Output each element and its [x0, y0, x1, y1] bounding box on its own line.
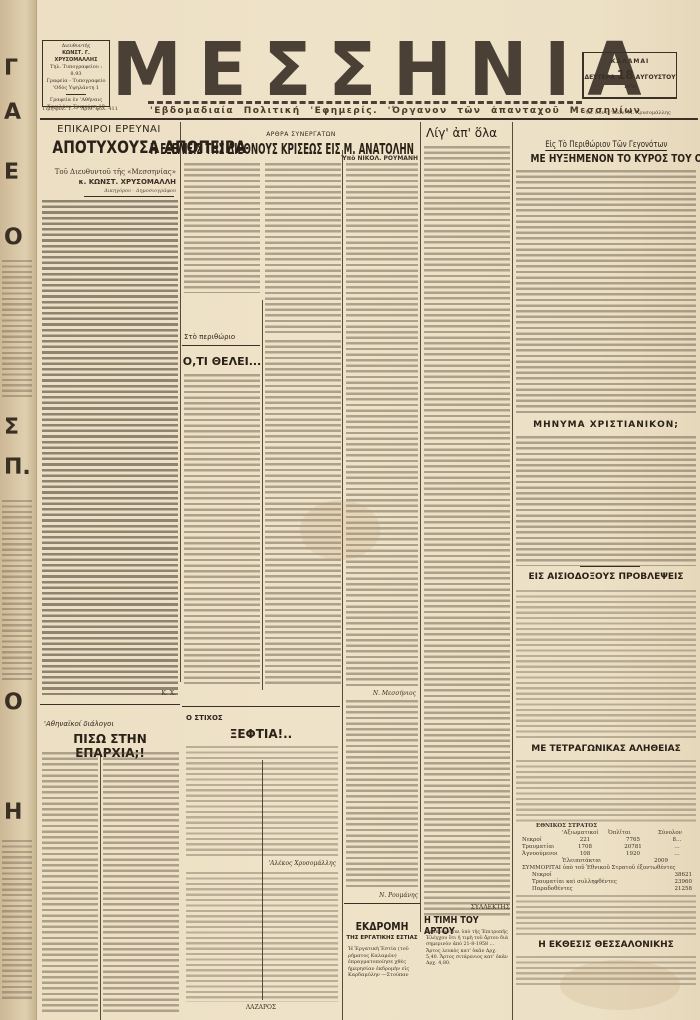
- director-name: ΚΩΝΣΤ. Γ. ΧΡΥΣΟΜΑΛΛΗΣ: [45, 50, 107, 64]
- divider: [182, 345, 260, 346]
- masthead-title: ΜΕΣΣΗΝΙΑ: [112, 39, 582, 102]
- christian-message-body: [516, 436, 696, 566]
- table-title: ΕΘΝΙΚΟΣ ΣΤΡΑΤΟΣ: [536, 823, 696, 830]
- summary-row: Νεκροί38621: [522, 872, 696, 879]
- optimistic-forecasts-headline: ΕΙΣ ΑΙΣΙΟΔΟΞΟΥΣ ΠΡΟΒΛΕΨΕΙΣ: [516, 572, 696, 582]
- summary-value-cell: 21258: [652, 886, 692, 893]
- divider: [344, 903, 420, 904]
- back-to-province-section: 'Αθηναϊκοί διάλογοι: [44, 720, 174, 728]
- what-he-wants-body: [184, 374, 260, 684]
- weekday: ΔΕΥΤΕΡΑ: [584, 74, 614, 81]
- page-spine: Γ Α Ε Ο Σ Π. Ο Η: [0, 0, 37, 1020]
- summary-label-cell: Παραδοθέντες: [522, 886, 652, 893]
- crisis-kicker: ΑΡΘΡΑ ΣΥΝΕΡΓΑΤΩΝ: [236, 131, 366, 138]
- lead-body-text: [42, 200, 178, 695]
- excursion-subheadline: ΤΗΣ ΕΡΓΑΤΙΚΗΣ ΕΣΤΙΑΣ: [344, 935, 420, 941]
- table-cell: 20781: [608, 844, 658, 851]
- column-rule: [342, 150, 343, 1020]
- missing-row: Ἐλειποτάκται 2009: [522, 858, 696, 865]
- casualty-table: ΕΘΝΙΚΟΣ ΣΤΡΑΤΟΣ 'Αξιωματικοί Ὁπλῖται Σύν…: [522, 823, 696, 893]
- crisis-body-col1: [184, 163, 260, 293]
- office: Γραφεία - Τυπογραφείο: [45, 78, 107, 85]
- briefs-body: [424, 146, 510, 916]
- paper-stain: [300, 500, 380, 560]
- table-header: Ὁπλῖται: [608, 830, 658, 837]
- table-cell: 1920: [608, 851, 658, 858]
- table-header-row: 'Αξιωματικοί Ὁπλῖται Σύνολον: [522, 830, 696, 837]
- director-label: Διευθυντής: [45, 43, 107, 50]
- table-row: Νεκροί22177658…: [522, 837, 696, 844]
- lead-byline-name: κ. ΚΩΝΣΤ. ΧΡΥΣΟΜΑΛΛΗ: [40, 178, 176, 186]
- crisis-body-col2: [265, 163, 341, 333]
- crisis-end-signature: Ν. Ρουμάνης: [346, 892, 418, 899]
- poem-headline: ΞΕΦΤΙΑ!..: [182, 727, 340, 741]
- issue-date: ΔΕΥΤΕΡΑ 18 ΑΥΓΟΥΣΤΟΥ: [584, 68, 676, 82]
- table-cell: Ἀγνοούμενοι: [522, 851, 562, 858]
- un-kicker: Εἰς Τὸ Περιθώριον Τῶν Γεγονότων: [545, 140, 667, 151]
- crisis-continuation: [346, 700, 418, 890]
- athens-office: Γραφεία ἐν 'Αθήναις: [45, 97, 107, 104]
- table-cell: 108: [562, 851, 608, 858]
- summary-row: Παραδοθέντες21258: [522, 886, 696, 893]
- missing-value: 2009: [628, 858, 668, 865]
- summary-body: Νεκροί38621Τραυματίαι καὶ συλληφθέντες23…: [522, 872, 696, 893]
- poem-body: [186, 746, 338, 856]
- optimistic-forecasts-body: [516, 590, 696, 740]
- back-to-province-col1: [42, 752, 98, 1012]
- poem-section: Ο ΣΤΙΧΟΣ: [186, 714, 223, 722]
- square-truths-body: [516, 760, 696, 822]
- missing-label: Ἐλειποτάκται: [562, 858, 628, 865]
- thessaloniki-headline: Η ΕΚΘΕΣΙΣ ΘΕΣΣΑΛΟΝΙΚΗΣ: [516, 940, 696, 950]
- price-line: Τιμὴ φύλ. 1.— 'Αριθ. φύλ. 411: [42, 106, 118, 112]
- paper-stain: [560, 960, 680, 1010]
- table-row: Ἀγνοούμενοι1081920…: [522, 851, 696, 858]
- table-cell: …: [658, 844, 696, 851]
- poem-footer: ΛΑΖΑΡΟΣ: [186, 1004, 336, 1011]
- poem-body-2: [186, 872, 338, 1002]
- briefs-signature: ΣΥΛΛΕΚΤΗΣ: [424, 904, 510, 911]
- table-header: Σύνολον: [658, 830, 696, 837]
- what-he-wants-section: Στὸ περιθώριο: [184, 333, 254, 341]
- crisis-body-col3: [346, 163, 418, 688]
- divider: [580, 566, 640, 567]
- lead-kicker: ΕΠΙΚΑΙΡΟΙ ΕΡΕΥΝΑΙ: [40, 124, 178, 135]
- square-truths-body-2: [516, 895, 696, 935]
- divider: [84, 196, 174, 197]
- crisis-signature: Ν. Μεσσήνιος: [346, 690, 416, 697]
- column-rule: [100, 755, 101, 1020]
- date-box: ΚΑΛΑΜΑΙ ΔΕΥΤΕΡΑ 18 ΑΥΓΟΥΣΤΟΥ 1958: [582, 52, 677, 99]
- lead-signature: Κ. Χ.: [40, 690, 176, 697]
- table-header: 'Αξιωματικοί: [562, 830, 608, 837]
- summary-label-cell: Τραυματίαι καὶ συλληφθέντες: [522, 879, 652, 886]
- un-headline: ΜΕ ΗΥΞΗΜΕΝΟΝ ΤΟ ΚΥΡΟΣ ΤΟΥ Ο Η Ε: [531, 152, 682, 165]
- divider: [40, 704, 180, 705]
- un-body: [516, 170, 696, 415]
- divider: [182, 706, 340, 707]
- month: ΑΥΓΟΥΣΤΟΥ: [636, 74, 676, 81]
- summary-value-cell: 38621: [652, 872, 692, 879]
- table-cell: 7765: [608, 837, 658, 844]
- city: ΚΑΛΑΜΑΙ: [584, 58, 676, 65]
- phone: Τηλ. Τυπογραφείου : 8.93: [45, 64, 107, 78]
- day-number: 18: [617, 68, 634, 82]
- table-cell: Νεκροί: [522, 837, 562, 844]
- column-rule: [512, 122, 513, 1020]
- table-cell: …: [658, 851, 696, 858]
- briefs-headline: Λίγ' ἀπ' ὅλα: [426, 126, 510, 140]
- lead-byline-prefix: Τοῦ Διευθυντοῦ τῆς «Μεσσηνίας»: [40, 168, 176, 176]
- summary-row: Τραυματίαι καὶ συλληφθέντες23960: [522, 879, 696, 886]
- newspaper-page: Γ Α Ε Ο Σ Π. Ο Η Διευθυντής ΚΩΝΣΤ. Γ. ΧΡ…: [0, 0, 700, 1020]
- back-to-province-col2: [103, 752, 179, 1012]
- summary-label: ΣΥΜΜΟΡΙΤΑΙ ὑπὸ τοῦ Ἐθνικοῦ Στρατοῦ ἐξοντ…: [522, 865, 696, 872]
- editor-line: 'Υπ. συντ. 'Ιωάν. Μ. Χρυσομάλλης: [584, 110, 698, 116]
- table-header: [522, 830, 562, 837]
- summary-value-cell: 23960: [652, 879, 692, 886]
- excursion-headline: ΕΚΔΡΟΜΗ: [350, 920, 415, 933]
- year: 1958: [584, 84, 676, 90]
- masthead-info-box: Διευθυντής ΚΩΝΣΤ. Γ. ΧΡΥΣΟΜΑΛΛΗΣ Τηλ. Τυ…: [42, 40, 110, 107]
- square-truths-headline: ΜΕ ΤΕΤΡΑΓΩΝΙΚΑΣ ΑΛΗΘΕΙΑΣ: [516, 744, 696, 754]
- table-cell: 221: [562, 837, 608, 844]
- what-he-wants-headline: Ο,ΤΙ ΘΕΛΕΙ...: [182, 355, 262, 368]
- lead-byline-role: Δικηγόρου - Δημοσιογράφου: [40, 188, 176, 194]
- masthead-subtitle: 'Εβδομαδιαία Πολιτική 'Εφημερίς. 'Όργανο…: [150, 106, 580, 116]
- christian-message-headline: ΜΗΝΥΜΑ ΧΡΙΣΤΙΑΝΙΚΟΝ;: [516, 420, 696, 430]
- un-kicker-wrap: Εἰς Τὸ Περιθώριον Τῶν Γεγονότων: [516, 132, 696, 151]
- summary-label-cell: Νεκροί: [522, 872, 652, 879]
- divider: [66, 94, 86, 95]
- masthead-rule: [148, 101, 582, 104]
- crisis-byline: Ὑπὸ ΝΙΚΟΛ. ΡΟΥΜΑΝΗ: [280, 155, 418, 162]
- table-body: Νεκροί22177658…Τραυματίαι170820781…Ἀγνοο…: [522, 837, 696, 858]
- column-rule: [262, 300, 263, 690]
- table-cell: 8…: [658, 837, 696, 844]
- address: 'Οδὸς Υψηλάντη 1: [45, 85, 107, 92]
- table-row: Τραυματίαι170820781…: [522, 844, 696, 851]
- masthead-bottom-rule: [40, 118, 698, 120]
- lead-headline: ΑΠΟΤΥΧΟΥΣΑ ΑΠΟΠΕΙΡΑ: [52, 138, 165, 158]
- column-rule: [180, 122, 181, 682]
- table-cell: 1708: [562, 844, 608, 851]
- bread-price-text: Ἀνακοινοῦται ὑπὸ τῆς Ἐπιτροπῆς Ἐλέγχου ὅ…: [426, 930, 510, 967]
- poem-signature: 'Αλέκος Χρυσομάλλης: [186, 860, 336, 867]
- column-rule: [420, 122, 421, 932]
- table-cell: Τραυματίαι: [522, 844, 562, 851]
- excursion-text: Ἡ Ἐργατικὴ Ἑστία (τοῦ ρήματος Καλαμῶν) ἐ…: [348, 946, 418, 979]
